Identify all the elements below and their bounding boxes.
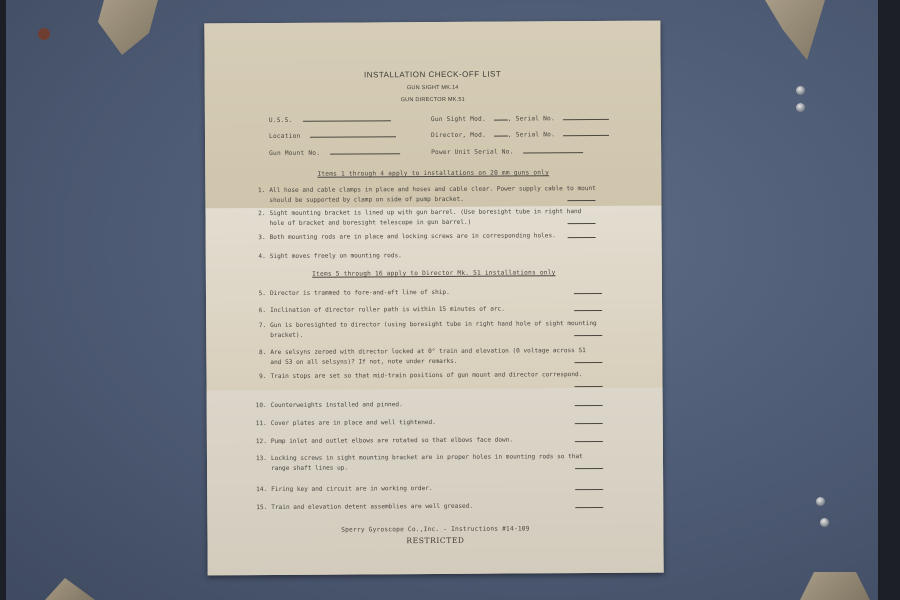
checkoff-blank (574, 335, 602, 336)
checkoff-blank (574, 310, 602, 311)
tape-piece (800, 572, 870, 600)
checklist-document: INSTALLATION CHECK-OFF LIST GUN SIGHT MK… (204, 21, 663, 576)
checklist-item-number: 15. (255, 503, 267, 513)
checklist-item: 10.Counterweights installed and pinned. (271, 399, 601, 411)
checkoff-blank (567, 200, 595, 201)
checklist-item-text: Pump inlet and outlet elbows are rotated… (271, 437, 513, 445)
tape-piece (45, 578, 95, 600)
field-gun-sight: Gun Sight Mod. , Serial No. (431, 115, 609, 123)
checkoff-blank (575, 468, 603, 469)
checklist-item: 12.Pump inlet and outlet elbows are rota… (271, 435, 601, 447)
field-label-director-serial: , Serial No. (508, 131, 555, 138)
field-gun-mount: Gun Mount No. (269, 149, 400, 157)
checkoff-blank (575, 507, 603, 508)
field-blank-director-serial (563, 135, 609, 136)
checklist-item: 9.Train stops are set so that mid-train … (270, 370, 600, 382)
checklist-item-text: Train stops are set so that mid-train po… (270, 371, 582, 380)
checkoff-blank (568, 237, 596, 238)
field-label-gun-mount: Gun Mount No. (269, 150, 320, 157)
checklist-item: 1.All hose and cable clamps in place and… (269, 184, 599, 206)
field-director: Director, Mod. , Serial No. (431, 131, 609, 139)
checklist-item-number: 9. (254, 372, 266, 382)
rivet (796, 86, 805, 95)
checklist-item-number: 7. (254, 321, 266, 331)
checklist-item-text: Both mounting rods are in place and lock… (270, 232, 556, 241)
field-blank-gun-mount (330, 153, 400, 154)
checklist-item-number: 5. (254, 289, 266, 299)
checkoff-blank (574, 293, 602, 294)
checkoff-blank (575, 405, 603, 406)
checklist-item-text: Gun is boresighted to director (using bo… (270, 320, 597, 339)
checklist-item-number: 11. (255, 419, 267, 429)
fold-panel-bottom (207, 388, 664, 576)
checklist-item-number: 4. (254, 252, 266, 262)
checklist-item-number: 13. (255, 454, 267, 464)
checklist-item: 2.Sight mounting bracket is lined up wit… (269, 207, 599, 229)
rust-spot (38, 28, 50, 40)
checkoff-blank (574, 362, 602, 363)
checklist-item-number: 12. (255, 437, 267, 447)
checklist-item-text: Sight moves freely on mounting rods. (270, 252, 402, 260)
checkoff-blank (568, 223, 596, 224)
rivet (796, 103, 805, 112)
checklist-item: 8.Are selsyns zeroed with director locke… (270, 346, 600, 368)
checklist-item-number: 6. (254, 306, 266, 316)
checklist-item-number: 3. (254, 233, 266, 243)
checklist-item: 15.Train and elevation detent assemblies… (271, 501, 601, 513)
checklist-item-text: Cover plates are in place and well tight… (271, 419, 436, 427)
checklist-item-text: Train and elevation detent assemblies ar… (271, 503, 473, 511)
field-location: Location (269, 132, 396, 140)
checklist-item: 3.Both mounting rods are in place and lo… (270, 231, 600, 243)
field-label-location: Location (269, 133, 300, 140)
checklist-item: 4.Sight moves freely on mounting rods. (270, 250, 600, 262)
checklist-item-text: Are selsyns zeroed with director locked … (270, 347, 586, 366)
checklist-item-number: 8. (254, 348, 266, 358)
rivet (816, 497, 825, 506)
checkoff-blank (575, 423, 603, 424)
field-label-power-unit: Power Unit Serial No. (431, 149, 513, 157)
rivet (820, 518, 829, 527)
checklist-item: 6.Inclination of director roller path is… (270, 304, 600, 316)
checklist-item: 13.Locking screws in sight mounting brac… (271, 452, 601, 474)
field-blank-uss (302, 120, 390, 122)
surface-edge-left (0, 0, 6, 600)
field-blank-location (310, 136, 396, 138)
checklist-item: 11.Cover plates are in place and well ti… (271, 417, 601, 429)
tape-piece (765, 0, 825, 60)
checkoff-blank (575, 386, 603, 387)
tape-piece (98, 0, 158, 55)
field-label-gun-sight-mod: Gun Sight Mod. (431, 116, 486, 123)
field-blank-director-mod (494, 136, 508, 137)
checklist-item-number: 10. (255, 401, 267, 411)
field-power-unit: Power Unit Serial No. (431, 148, 583, 156)
checklist-item: 7.Gun is boresighted to director (using … (270, 319, 600, 341)
checklist-item-text: Inclination of director roller path is w… (270, 306, 505, 314)
checklist-item-text: Sight mounting bracket is lined up with … (269, 208, 581, 227)
checklist-item-number: 2. (253, 209, 265, 219)
field-label-director-mod: Director, Mod. (431, 132, 486, 139)
checklist-item-text: Firing key and circuit are in working or… (271, 485, 432, 493)
checkoff-blank (575, 489, 603, 490)
field-label-gun-sight-serial: , Serial No. (508, 115, 555, 122)
checkoff-blank (575, 441, 603, 442)
checklist-item-text: Locking screws in sight mounting bracket… (271, 453, 583, 472)
checklist-item-text: Counterweights installed and pinned. (271, 401, 403, 409)
checklist-item-text: Director is trammed to fore-and-aft line… (270, 289, 450, 297)
checklist-item-number: 1. (253, 186, 265, 196)
field-uss: U.S.S. (269, 116, 391, 124)
field-blank-gun-sight-mod (494, 120, 508, 121)
surface-edge-right (878, 0, 900, 600)
field-blank-gun-sight-serial (563, 119, 609, 120)
checklist-item-text: All hose and cable clamps in place and h… (269, 185, 596, 204)
checklist-item: 14.Firing key and circuit are in working… (271, 483, 601, 495)
checklist-item: 5.Director is trammed to fore-and-aft li… (270, 287, 600, 299)
field-label-uss: U.S.S. (269, 117, 293, 124)
field-blank-power-unit (523, 152, 583, 153)
checklist-item-number: 14. (255, 485, 267, 495)
